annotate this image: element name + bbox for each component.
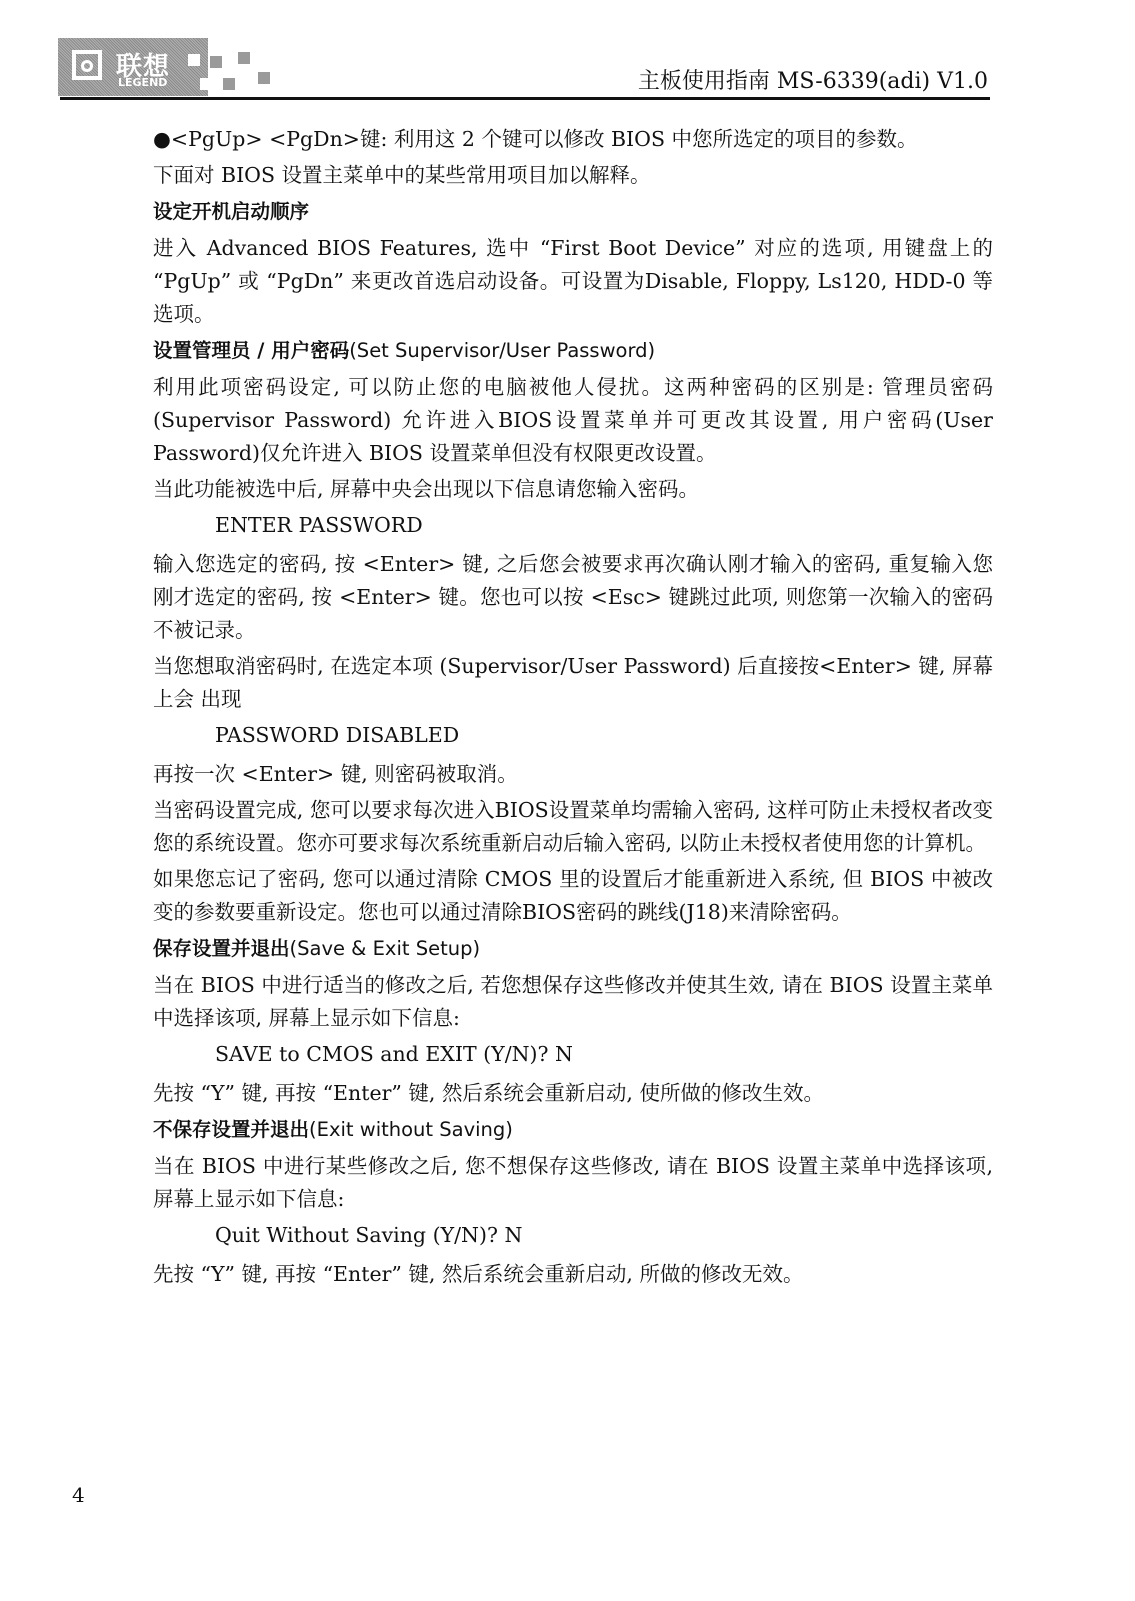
heading-en: (Exit without Saving) (309, 1118, 513, 1141)
section-heading-boot-order: 设定开机启动顺序 (153, 195, 993, 228)
header-divider (60, 97, 990, 100)
page-number: 4 (72, 1483, 85, 1507)
paragraph: 再按一次 <Enter> 键, 则密码被取消。 (153, 758, 993, 791)
paragraph: 先按 “Y” 键, 再按 “Enter” 键, 然后系统会重新启动, 所做的修改… (153, 1258, 993, 1291)
heading-en: (Save & Exit Setup) (290, 937, 481, 960)
screen-message: ENTER PASSWORD (153, 509, 993, 542)
intro-paragraph: 下面对 BIOS 设置主菜单中的某些常用项目加以解释。 (153, 159, 993, 192)
paragraph: 当您想取消密码时, 在选定本项 (Supervisor/User Passwor… (153, 650, 993, 716)
logo-decor-square (200, 78, 212, 90)
screen-message: Quit Without Saving (Y/N)? N (153, 1219, 993, 1252)
section-heading-exit-without-saving: 不保存设置并退出(Exit without Saving) (153, 1113, 993, 1146)
heading-cn: 设置管理员 / 用户密码 (153, 339, 349, 362)
document-title: 主板使用指南 MS-6339(adi) V1.0 (638, 64, 988, 95)
section-heading-save-exit: 保存设置并退出(Save & Exit Setup) (153, 932, 993, 965)
paragraph: 进入 Advanced BIOS Features, 选中 “First Boo… (153, 232, 993, 331)
logo-english-text: LEGEND (118, 76, 167, 89)
logo-decor-square (223, 78, 235, 90)
logo-decor-square (210, 56, 222, 68)
paragraph: 当在 BIOS 中进行适当的修改之后, 若您想保存这些修改并使其生效, 请在 B… (153, 969, 993, 1035)
logo-decor-square (188, 54, 200, 66)
heading-en: (Set Supervisor/User Password) (349, 339, 655, 362)
heading-cn: 设定开机启动顺序 (153, 200, 309, 223)
legend-logo: 联想 LEGEND (58, 38, 268, 96)
screen-message: PASSWORD DISABLED (153, 719, 993, 752)
logo-decor-square (258, 72, 270, 84)
paragraph: 当此功能被选中后, 屏幕中央会出现以下信息请您输入密码。 (153, 473, 993, 506)
heading-cn: 保存设置并退出 (153, 937, 290, 960)
screen-message: SAVE to CMOS and EXIT (Y/N)? N (153, 1038, 993, 1071)
section-heading-password: 设置管理员 / 用户密码(Set Supervisor/User Passwor… (153, 334, 993, 367)
logo-background: 联想 LEGEND (58, 38, 208, 96)
bullet-line: ●<PgUp> <PgDn>键: 利用这 2 个键可以修改 BIOS 中您所选定… (153, 123, 993, 156)
paragraph: 当在 BIOS 中进行某些修改之后, 您不想保存这些修改, 请在 BIOS 设置… (153, 1150, 993, 1216)
legend-mark-icon (72, 50, 102, 80)
paragraph: 如果您忘记了密码, 您可以通过清除 CMOS 里的设置后才能重新进入系统, 但 … (153, 863, 993, 929)
page-content: ●<PgUp> <PgDn>键: 利用这 2 个键可以修改 BIOS 中您所选定… (153, 123, 993, 1294)
paragraph: 输入您选定的密码, 按 <Enter> 键, 之后您会被要求再次确认刚才输入的密… (153, 548, 993, 647)
paragraph: 当密码设置完成, 您可以要求每次进入BIOS设置菜单均需输入密码, 这样可防止未… (153, 794, 993, 860)
paragraph: 利用此项密码设定, 可以防止您的电脑被他人侵扰。这两种密码的区别是: 管理员密码… (153, 371, 993, 470)
paragraph: 先按 “Y” 键, 再按 “Enter” 键, 然后系统会重新启动, 使所做的修… (153, 1077, 993, 1110)
heading-cn: 不保存设置并退出 (153, 1118, 309, 1141)
logo-decor-square (238, 52, 250, 64)
